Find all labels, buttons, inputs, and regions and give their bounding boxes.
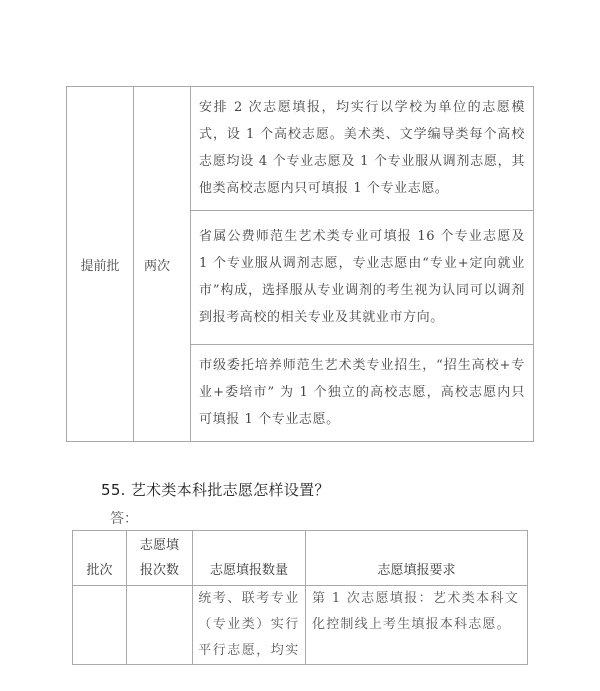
header-times: 志愿填 报次数 bbox=[127, 531, 193, 586]
requirement-cell: 第 1 次志愿填报：艺术类本科文化控制线上考生填报本科志愿。 bbox=[306, 586, 528, 665]
header-times-line2: 报次数 bbox=[127, 558, 192, 583]
question-heading: 55. 艺术类本科批志愿怎样设置？ bbox=[101, 479, 330, 500]
times-cell: 两次 bbox=[134, 87, 191, 442]
document-page: 提前批 两次 安排 2 次志愿填报，均实行以学校为单位的志愿模式，设 1 个高校… bbox=[0, 0, 600, 691]
answer-label: 答： bbox=[110, 508, 138, 528]
requirement-cell: 省属公费师范生艺术类专业可填报 16 个专业志愿及 1 个专业服从调剂志愿，专业… bbox=[191, 211, 534, 345]
header-requirement: 志愿填报要求 bbox=[306, 531, 528, 586]
header-times-line1: 志愿填 bbox=[127, 533, 192, 558]
table-row: 统考、联考专业（专业类）实行平行志愿，均实 第 1 次志愿填报：艺术类本科文化控… bbox=[73, 586, 528, 665]
batch-cell bbox=[73, 586, 127, 665]
early-batch-table: 提前批 两次 安排 2 次志愿填报，均实行以学校为单位的志愿模式，设 1 个高校… bbox=[66, 86, 534, 442]
requirement-cell: 市级委托培养师范生艺术类专业招生，“招生高校+专业+委培市” 为 1 个独立的高… bbox=[191, 345, 534, 442]
header-quantity: 志愿填报数量 bbox=[193, 531, 306, 586]
requirement-cell: 安排 2 次志愿填报，均实行以学校为单位的志愿模式，设 1 个高校志愿。美术类、… bbox=[191, 87, 534, 211]
times-cell bbox=[127, 586, 193, 665]
batch-cell: 提前批 bbox=[67, 87, 134, 442]
table-row: 提前批 两次 安排 2 次志愿填报，均实行以学校为单位的志愿模式，设 1 个高校… bbox=[67, 87, 534, 211]
header-row: 批次 志愿填 报次数 志愿填报数量 志愿填报要求 bbox=[73, 531, 528, 586]
quantity-cell: 统考、联考专业（专业类）实行平行志愿，均实 bbox=[193, 586, 306, 665]
art-undergrad-table: 批次 志愿填 报次数 志愿填报数量 志愿填报要求 统考、联考专业（专业类）实行平… bbox=[72, 530, 528, 665]
header-batch: 批次 bbox=[73, 531, 127, 586]
